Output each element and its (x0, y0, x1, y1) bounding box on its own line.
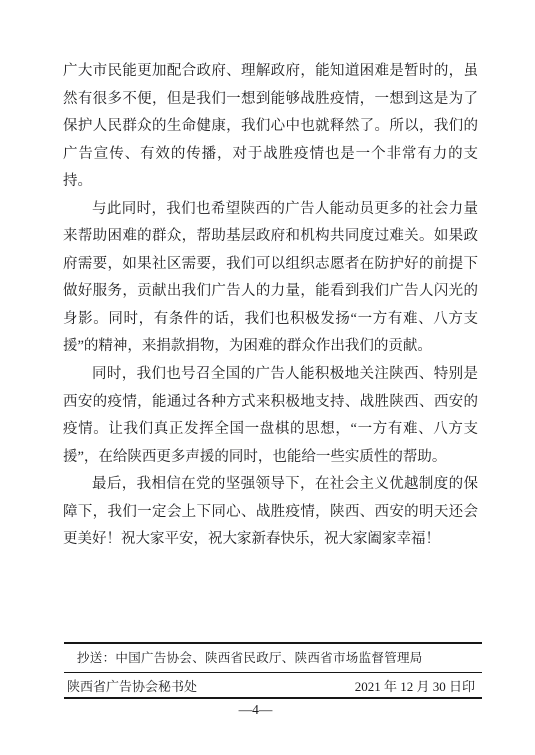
body-line: 援”，在给陕西更多声援的同时，也能给一些实质性的帮助。 (63, 444, 478, 472)
document-footer: 抄送：中国广告协会、陕西省民政厅、陕西省市场监督管理局 陕西省广告协会秘书处 2… (64, 642, 482, 699)
body-line: 然有很多不便，但是我们一想到能够战胜疫情，一想到这是为了 (63, 86, 478, 114)
body-line: 保护人民群众的生命健康，我们心中也就释然了。所以，我们的 (63, 113, 478, 141)
document-page: 广大市民能更加配合政府、理解政府，能知道困难是暂时的，虽然有很多不便，但是我们一… (0, 0, 535, 755)
page-number: —4— (0, 702, 511, 718)
body-line: 与此同时，我们也希望陕西的广告人能动员更多的社会力量 (63, 196, 478, 224)
body-line: 广大市民能更加配合政府、理解政府，能知道困难是暂时的，虽 (63, 58, 478, 86)
body-line: 广告宣传、有效的传播，对于战胜疫情也是一个非常有力的支持。 (63, 141, 478, 196)
issue-row: 陕西省广告协会秘书处 2021 年 12 月 30 日印 (64, 673, 482, 697)
body-line: 西安的疫情，能通过各种方式来积极地支持、战胜陕西、西安的 (63, 389, 478, 417)
issuing-office: 陕西省广告协会秘书处 (67, 676, 197, 695)
body-line: 同时，我们也号召全国的广告人能积极地关注陕西、特别是 (63, 361, 478, 389)
body-line: 疫情。让我们真正发挥全国一盘棋的思想，“一方有难、八方支 (63, 416, 478, 444)
body-line: 援”的精神，来捐款捐物，为困难的群众作出我们的贡献。 (63, 333, 478, 361)
body-line: 最后，我相信在党的坚强领导下，在社会主义优越制度的保 (63, 471, 478, 499)
print-date: 2021 年 12 月 30 日印 (355, 676, 475, 695)
body-line: 身影。同时，有条件的话，我们也积极发扬“一方有难、八方支 (63, 306, 478, 334)
body-line: 做好服务，贡献出我们广告人的力量，能看到我们广告人闪光的 (63, 278, 478, 306)
document-body: 广大市民能更加配合政府、理解政府，能知道困难是暂时的，虽然有很多不便，但是我们一… (63, 58, 478, 554)
body-line: 来帮助困难的群众，帮助基层政府和机构共同度过难关。如果政 (63, 223, 478, 251)
cc-line: 抄送：中国广告协会、陕西省民政厅、陕西省市场监督管理局 (64, 644, 482, 672)
body-line: 更美好！祝大家平安，祝大家新春快乐，祝大家阖家幸福！ (63, 526, 478, 554)
body-line: 府需要，如果社区需要，我们可以组织志愿者在防护好的前提下 (63, 251, 478, 279)
separator-line-bottom (64, 697, 482, 699)
body-line: 障下，我们一定会上下同心、战胜疫情，陕西、西安的明天还会 (63, 499, 478, 527)
